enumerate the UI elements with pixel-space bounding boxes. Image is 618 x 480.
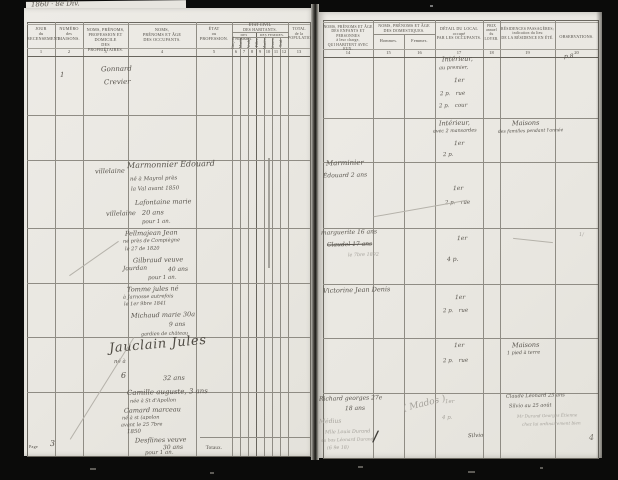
handwriting-entry: 1 pied à terre	[507, 352, 540, 358]
handwriting-entry: 2 p. cour	[439, 104, 467, 110]
handwriting-entry: Silvio au 25 août	[509, 403, 552, 409]
column-number: 20	[555, 50, 598, 55]
handwriting-entry: Maisons	[512, 342, 540, 349]
column-number: 19	[500, 50, 555, 55]
grid-line	[27, 56, 310, 57]
handwriting-entry: Pellmajean Jean	[125, 229, 178, 237]
scan-speck	[358, 466, 363, 468]
handwriting-entry: Camard marceau	[124, 406, 181, 414]
handwriting-entry: 1er	[454, 141, 464, 147]
handwriting-entry: Tomme jules né	[127, 285, 179, 293]
handwriting-entry: Michaud marie 30a	[131, 311, 195, 319]
grid-line	[83, 22, 84, 456]
header-maisons: NUMÉRO des MAISONS.	[55, 27, 83, 42]
column-number: 6	[232, 49, 240, 54]
pencil-entry: 1/	[579, 233, 584, 238]
grid-line	[280, 37, 281, 456]
header-occupants: NOMS, PRÉNOMS ET ÂGE DES OCCUPANTS.	[128, 28, 196, 43]
handwriting-entry: Gilbraud veuve	[133, 256, 183, 264]
pencil-slash: ∕	[373, 430, 378, 444]
column-number: 2	[55, 49, 83, 54]
handwriting-entry: Gonnard	[101, 66, 132, 74]
header-local: DÉTAIL DU LOCAL occupé PAR LES OCCUPANTS…	[435, 27, 483, 41]
column-number: 9	[256, 49, 264, 54]
handwriting-entry: Crevier	[104, 79, 131, 87]
header-profession: ÉTAT ou PROFESSION.	[196, 27, 232, 42]
header-etat-civil: ÉTAT CIVIL DES HABITANTS.	[232, 23, 288, 32]
footer-page-number: 3	[50, 440, 55, 448]
handwriting-entry: 40 ans	[168, 267, 188, 273]
handwriting-entry: Maisons	[512, 120, 540, 127]
header-total-col: Total.	[280, 37, 288, 49]
header-jour: JOUR du RECENSEMENT.	[27, 27, 55, 42]
footer-page-label: Page	[29, 445, 49, 450]
scan-speck	[210, 472, 214, 474]
handwriting-entry: né à Mayrol près	[130, 176, 177, 183]
column-number: 7	[240, 49, 248, 54]
header-total: TOTAL de la POPULATION.	[288, 27, 310, 41]
handwriting-entry: 6	[121, 372, 126, 380]
handwriting-entry: 1er	[455, 295, 465, 301]
grid-line	[323, 162, 598, 163]
handwriting-entry: pour 1 an.	[145, 451, 174, 457]
column-number: 4	[128, 49, 196, 54]
handwriting-entry: 1er	[454, 78, 464, 84]
pencil-entry: 1er	[445, 400, 455, 406]
column-number: 5	[196, 49, 232, 54]
grid-line	[55, 22, 56, 456]
handwriting-entry: Lafontaine marie	[135, 198, 192, 206]
scan-speck	[540, 467, 543, 469]
grid-line	[373, 34, 435, 35]
handwriting-entry: le 27 de 1820	[125, 247, 160, 253]
handwriting-entry: Édouard 2 ans	[323, 172, 367, 179]
grid-line	[232, 22, 233, 456]
header-observations: OBSERVATIONS.	[555, 35, 598, 40]
column-number: 16	[404, 50, 435, 55]
book-gutter	[311, 4, 319, 460]
grid-line	[27, 115, 310, 116]
header-domestiques: NOMS, PRÉNOMS ET ÂGE DES DOMESTIQUES.	[373, 24, 435, 33]
column-number: 15	[373, 50, 404, 55]
handwriting-entry: Marminier	[326, 160, 364, 168]
pencil-entry: 4 p.	[442, 416, 453, 422]
left-page: JOUR du RECENSEMENT. NUMÉRO des MAISONS.…	[24, 8, 314, 456]
scanned-register-document: 1860 · 8e Div. JOUR du RECENSEMENT.	[0, 0, 618, 480]
header-femmes: DES FEMMES.	[256, 33, 288, 37]
scan-speck	[90, 468, 96, 470]
handwriting-entry: Victorine Jean Denis	[323, 286, 390, 294]
handwriting-entry: Jourdan	[123, 266, 147, 273]
column-number: 10	[264, 49, 272, 54]
footer-page-number: 4	[589, 434, 594, 442]
handwriting-entry: Silvio	[468, 434, 484, 440]
pencil-entry: (6 9e 18)	[327, 447, 349, 452]
handwriting-entry: avant le 25 7bre	[121, 422, 163, 428]
scan-speck	[430, 5, 433, 7]
column-number: 12	[280, 49, 288, 54]
handwriting-entry: 2 p. rue	[443, 309, 468, 315]
column-number: 1	[27, 49, 55, 54]
handwriting-entry: 18 ans	[345, 406, 365, 412]
pencil-entry: le 7bre 1892	[348, 254, 379, 260]
header-residences: RÉSIDENCES PASSAGÈRES; indication du lie…	[500, 27, 555, 40]
handwriting-entry: villelaine 20 ans	[106, 209, 164, 217]
right-page: NOMS, PRÉNOMS ET ÂGE DES ENFANTS ET PERS…	[318, 12, 602, 458]
handwriting-entry: 2 p.	[443, 153, 454, 159]
header-dom-hommes: Hommes.	[373, 39, 404, 44]
handwriting-entry: 9 ans	[169, 322, 185, 328]
handwriting-entry: Intérieur,	[439, 120, 470, 127]
handwriting-entry: le 1er 9bre 1841	[124, 301, 166, 307]
column-number: 18	[483, 50, 500, 55]
column-number: 14	[323, 50, 373, 55]
handwriting-entry: p.8	[564, 54, 574, 60]
handwriting-entry: au premier,	[439, 66, 468, 72]
grid-line	[264, 37, 265, 456]
header-dom-femmes: Femmes.	[404, 39, 435, 44]
handwriting-entry: 1er	[454, 343, 464, 349]
column-number: 13	[288, 49, 310, 54]
grid-line	[200, 437, 310, 438]
grid-line	[288, 22, 289, 456]
handwriting-entry: villelaine	[95, 168, 125, 175]
handwriting-entry: 1850	[127, 430, 141, 436]
handwriting-entry: 4 p.	[447, 257, 459, 263]
page-edge	[596, 12, 602, 458]
handwriting-entry: 1er	[457, 236, 467, 242]
footer-totaux-label: Totaux.	[196, 446, 232, 452]
handwriting-entry: 2 p. rue	[440, 92, 465, 98]
handwriting-entry: Claudel 17 ans	[327, 241, 372, 248]
handwriting-entry: 32 ans	[163, 375, 185, 382]
grid-line	[404, 34, 405, 458]
header-prix: PRIX annuel du LOYER.	[483, 24, 500, 41]
scan-speck	[468, 471, 475, 473]
grid-line	[272, 37, 273, 456]
grid-line	[323, 22, 598, 23]
column-number: 3	[83, 49, 128, 54]
ink-smudge	[268, 158, 270, 268]
handwriting-entry: Intérieur,	[442, 56, 473, 63]
grid-line	[323, 338, 598, 339]
pencil-entry: Médius	[319, 419, 342, 426]
handwriting-entry: la Val avant 1850	[131, 186, 179, 193]
handwriting-entry: 2 p. rue	[443, 359, 468, 365]
grid-line	[248, 37, 249, 456]
grid-line	[240, 37, 241, 456]
column-number: 11	[272, 49, 280, 54]
header-enfants: NOMS, PRÉNOMS ET ÂGE DES ENFANTS ET PERS…	[323, 25, 373, 52]
handwriting-entry: 1	[60, 72, 65, 79]
handwriting-entry: né à st (apolon	[122, 416, 160, 422]
handwriting-entry: 1er	[453, 186, 463, 192]
handwriting-entry: pour 1 an.	[142, 220, 171, 226]
column-number: 8	[248, 49, 256, 54]
handwriting-entry: pour 1 an.	[148, 276, 177, 282]
